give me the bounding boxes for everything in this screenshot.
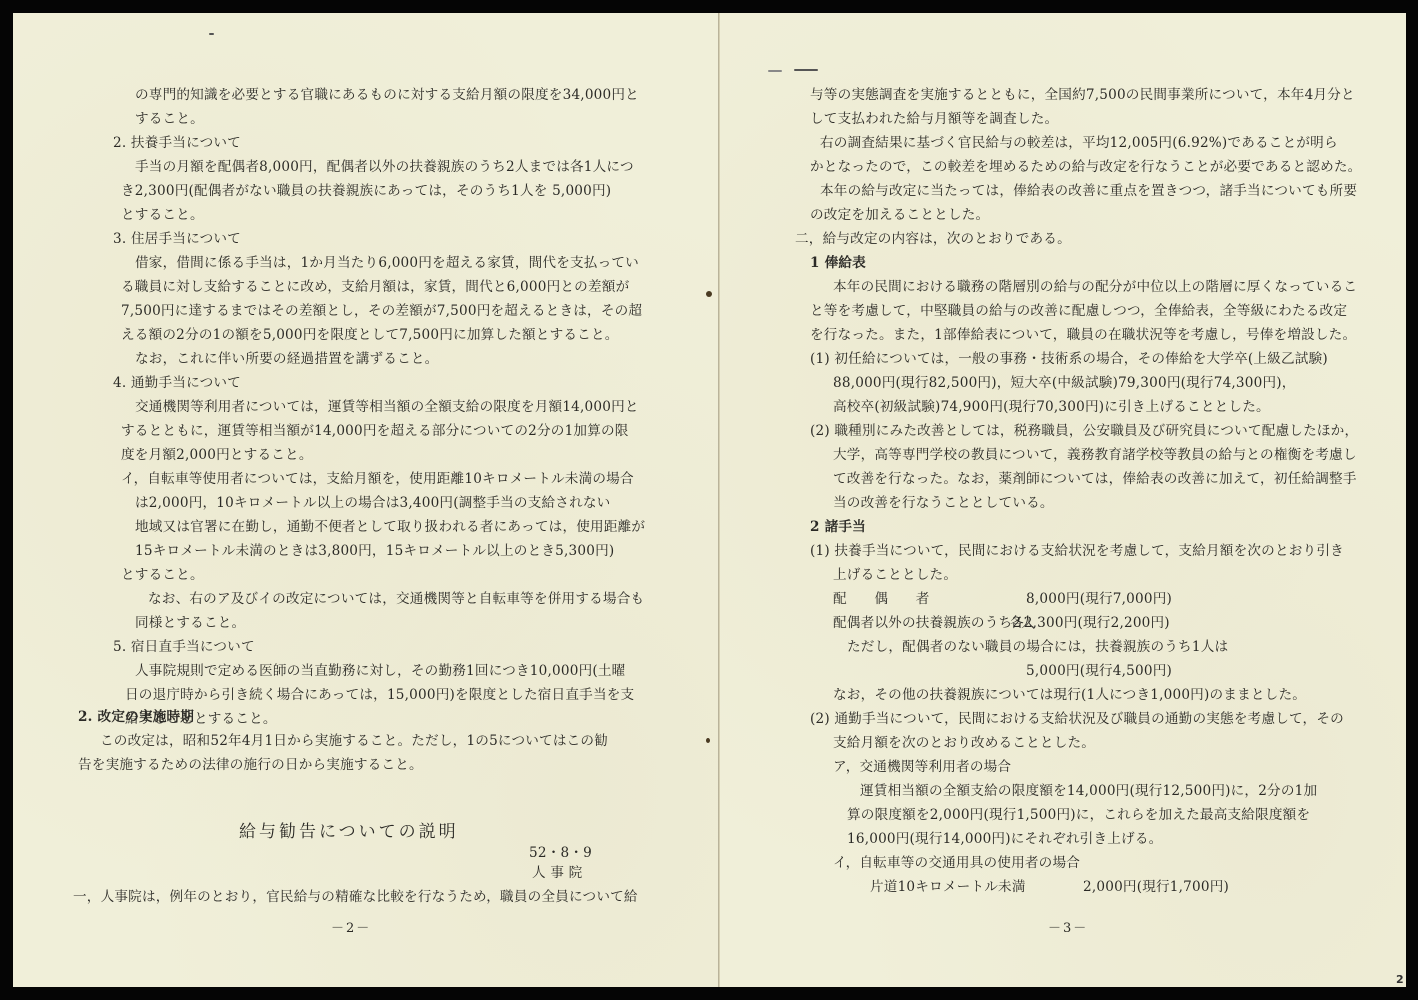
text-line: 地域又は官署に在勤し，通勤不便者として取り扱われる者にあっては，使用距離が	[135, 515, 645, 539]
text-line: 算の限度額を2,000円(現行1,500円)に，これらを加えた最高支給限度額を	[847, 803, 1310, 827]
text-line: ア，交通機関等利用者の場合	[833, 755, 1011, 779]
text-line: 3. 住居手当について	[113, 227, 241, 251]
text-line: 右の調査結果に基づく官民給与の較差は，平均12,005円(6.92%)であること…	[820, 131, 1338, 155]
text-line: 上げることとした。	[833, 563, 957, 587]
binding-hole	[706, 738, 710, 743]
section-heading: 2. 改定の実施時期	[78, 705, 194, 729]
text-line: 5,000円(現行4,500円)	[1026, 659, 1172, 683]
text-line: 片道10キロメートル未満	[870, 875, 1026, 899]
text-line: は2,000円，10キロメートル以上の場合は3,400円(調整手当の支給されない	[135, 491, 610, 515]
text-line: (1) 初任給については，一般の事務・技術系の場合，その俸給を大学卒(上級乙試験…	[810, 347, 1328, 371]
text-line: 8,000円(現行7,000円)	[1026, 587, 1172, 611]
intro-line: 一，人事院は，例年のとおり，官民給与の精確な比較を行なうため，職員の全員について…	[73, 885, 638, 909]
text-line: イ，自転車等使用者については，支給月額を，使用距離10キロメートル未満の場合	[121, 467, 634, 491]
text-line: 本年の給与改定に当たっては，俸給表の改善に重点を置きつつ，諸手当についても所要	[820, 179, 1357, 203]
left-page: の専門的知識を必要とする官職にあるものに対する支給月額の限度を34,000円とす…	[13, 13, 719, 987]
text-line: 日の退庁時から引き続く場合にあっては，15,000円)を限度とした宿日直手当を支	[125, 683, 634, 707]
text-line: 借家，借間に係る手当は，1か月当たり6,000円を超える家賃，間代を支払ってい	[135, 251, 639, 275]
text-line: 16,000円(現行14,000円)にそれぞれ引き上げる。	[847, 827, 1162, 851]
text-line: て改善を行なった。なお，薬剤師については，俸給表の改善に加えて，初任給調整手	[833, 467, 1357, 491]
text-line: 88,000円(現行82,500円)，短大卒(中級試験)79,300円(現行74…	[833, 371, 1296, 395]
text-line: 2. 扶養手当について	[113, 131, 241, 155]
text-line: して支払われた給与月額等を調査した。	[810, 107, 1058, 131]
text-line: 手当の月額を配偶者8,000円，配偶者以外の扶養親族のうち2人までは各1人につ	[135, 155, 634, 179]
text-line: 2,000円(現行1,700円)	[1083, 875, 1229, 899]
text-line: するとともに，運賃等相当額が14,000円を超える部分についての2分の1加算の限	[121, 419, 629, 443]
section-line: 告を実施するための法律の施行の日から実施すること。	[78, 753, 423, 777]
text-line: 配 偶 者	[833, 587, 930, 611]
text-line: 当の改善を行なうこととしている。	[833, 491, 1054, 515]
text-line: なお，その他の扶養親族については現行(1人につき1,000円)のままとした。	[833, 683, 1306, 707]
text-line: イ，自転車等の交通用具の使用者の場合	[833, 851, 1080, 875]
page-number: －2－	[331, 917, 371, 936]
text-line: る職員に対し支給することに改め，支給月額は，家賃，間代と6,000円との差額が	[121, 275, 629, 299]
text-line: 4. 通勤手当について	[113, 371, 241, 395]
text-line: を行なった。また，1部俸給表について，職員の在職状況等を考慮し，号俸を増設した。	[810, 323, 1356, 347]
text-line: ただし，配偶者のない職員の場合には，扶養親族のうち1人は	[847, 635, 1228, 659]
corner-number: 2	[1396, 973, 1404, 986]
text-line: (2) 通勤手当について，民間における支給状況及び職員の通勤の実態を考慮して，そ…	[810, 707, 1344, 731]
text-line: とすること。	[121, 563, 204, 587]
ink-mark	[794, 69, 818, 71]
text-line: 2 諸手当	[810, 515, 866, 539]
right-page: 与等の実態調査を実施するとともに，全国約7,500の民間事業所について，本年4月…	[719, 13, 1406, 987]
ink-mark	[209, 33, 214, 35]
text-line: 高校卒(初級試験)74,900円(現行70,300円)に引き上げることとした。	[833, 395, 1270, 419]
text-line: 与等の実態調査を実施するとともに，全国約7,500の民間事業所について，本年4月…	[810, 83, 1355, 107]
text-line: 本年の民間における職務の階層別の給与の配分が中位以上の階層に厚くなっているこ	[833, 275, 1357, 299]
text-line: なお、右のア及びイの改定については，交通機関等と自転車等を併用する場合も	[148, 587, 644, 611]
text-line: 7,500円に達するまではその差額とし，その差額が7,500円を超えるときは，そ…	[121, 299, 642, 323]
text-line: (2) 職種別にみた改善としては，税務職員，公安職員及び研究員について配慮したほ…	[810, 419, 1358, 443]
text-line: える額の2分の1の額を5,000円を限度として7,500円に加算した額とすること…	[121, 323, 619, 347]
text-line: (1) 扶養手当について，民間における支給状況を考慮して，支給月額を次のとおり引…	[810, 539, 1344, 563]
text-line: の専門的知識を必要とする官職にあるものに対する支給月額の限度を34,000円と	[135, 83, 639, 107]
ink-mark	[768, 70, 782, 72]
text-line: 5. 宿日直手当について	[113, 635, 255, 659]
text-line: 1 俸給表	[810, 251, 866, 275]
text-line: 配偶者以外の扶養親族のうち2人	[833, 611, 1035, 635]
text-line: 各2,300円(現行2,200円)	[1010, 611, 1170, 635]
text-line: き2,300円(配偶者がない職員の扶養親族にあっては，そのうち1人を 5,000…	[121, 179, 611, 203]
text-line: すること。	[135, 107, 204, 131]
text-line: なお，これに伴い所要の経過措置を講ずること。	[135, 347, 438, 371]
issuer: 人 事 院	[532, 861, 582, 885]
text-line: と等を考慮して，中堅職員の給与の改善に配慮しつつ，全俸給表，全等級にわたる改定	[810, 299, 1347, 323]
text-line: 大学，高等専門学校の教員について，義務教育諸学校等教員の給与との権衡を考慮し	[833, 443, 1357, 467]
text-line: 運賃相当額の全額支給の限度額を14,000円(現行12,500円)に，2分の1加	[860, 779, 1317, 803]
text-line: 二，給与改定の内容は，次のとおりである。	[795, 227, 1071, 251]
page-number: －3－	[1048, 917, 1088, 936]
text-line: 度を月額2,000円とすること。	[121, 443, 313, 467]
section-line: この改定は，昭和52年4月1日から実施すること。ただし，1の5についてはこの勧	[100, 729, 608, 753]
text-line: とすること。	[121, 203, 204, 227]
binding-hole	[706, 291, 712, 297]
text-line: 同様とすること。	[135, 611, 245, 635]
text-line: 交通機関等利用者については，運賃等相当額の全額支給の限度を月額14,000円と	[135, 395, 639, 419]
text-line: 15キロメートル未満のときは3,800円，15キロメートル以上のとき5,300円…	[135, 539, 614, 563]
text-line: 支給月額を次のとおり改めることとした。	[833, 731, 1095, 755]
text-line: かとなったので，この較差を埋めるための給与改定を行なうことが必要であると認めた。	[810, 155, 1361, 179]
text-line: の改定を加えることとした。	[810, 203, 989, 227]
text-line: 人事院規則で定める医師の当直勤務に対し，その勤務1回につき10,000円(土曜	[135, 659, 625, 683]
document-title: 給与勧告についての説明	[239, 817, 459, 842]
